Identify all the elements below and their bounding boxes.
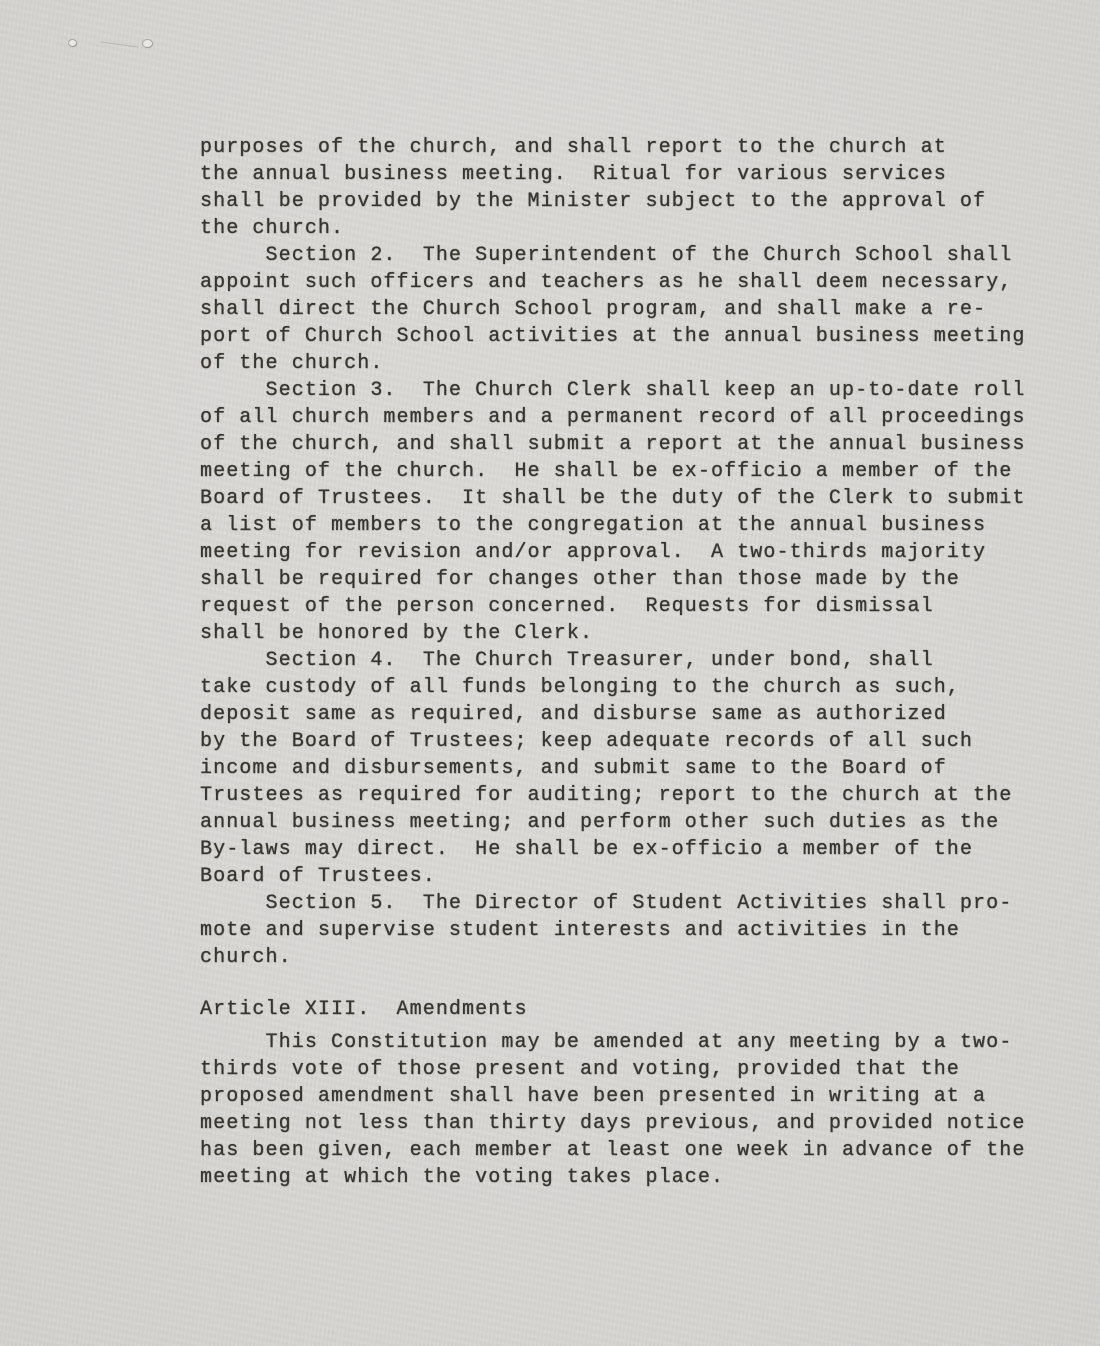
text-line: Section 5. The Director of Student Activ… (200, 890, 1048, 917)
text-line: Board of Trustees. It shall be the duty … (200, 485, 1048, 512)
text-line: the church. (200, 215, 1048, 242)
text-line: mote and supervise student interests and… (200, 917, 1048, 944)
section-5: Section 5. The Director of Student Activ… (200, 890, 1048, 971)
text-line: meeting not less than thirty days previo… (200, 1110, 1048, 1137)
scanned-page: { "page": { "kind": "scanned typewritten… (0, 0, 1100, 1346)
text-line: shall be honored by the Clerk. (200, 620, 1048, 647)
text-line: shall direct the Church School program, … (200, 296, 1048, 323)
text-line: Trustees as required for auditing; repor… (200, 782, 1048, 809)
text-line: Board of Trustees. (200, 863, 1048, 890)
text-line: meeting at which the voting takes place. (200, 1164, 1048, 1191)
text-line: Article XIII. Amendments (200, 996, 1048, 1023)
section-3: Section 3. The Church Clerk shall keep a… (200, 377, 1048, 647)
section-4: Section 4. The Church Treasurer, under b… (200, 647, 1048, 890)
text-line: of the church, and shall submit a report… (200, 431, 1048, 458)
text-line: proposed amendment shall have been prese… (200, 1083, 1048, 1110)
paper-speck (143, 40, 152, 47)
paper-speck (69, 40, 76, 46)
text-line: This Constitution may be amended at any … (200, 1029, 1048, 1056)
text-line: Section 3. The Church Clerk shall keep a… (200, 377, 1048, 404)
article-xiii-body: This Constitution may be amended at any … (200, 1029, 1048, 1191)
article-xii-section-1-continued: purposes of the church, and shall report… (200, 134, 1048, 242)
text-line: annual business meeting; and perform oth… (200, 809, 1048, 836)
text-line: purposes of the church, and shall report… (200, 134, 1048, 161)
article-xiii-heading: Article XIII. Amendments (200, 996, 1048, 1023)
text-line: Section 4. The Church Treasurer, under b… (200, 647, 1048, 674)
text-line: of the church. (200, 350, 1048, 377)
text-line: meeting for revision and/or approval. A … (200, 539, 1048, 566)
text-line: port of Church School activities at the … (200, 323, 1048, 350)
text-line: church. (200, 944, 1048, 971)
text-line: appoint such officers and teachers as he… (200, 269, 1048, 296)
text-line: By-laws may direct. He shall be ex-offic… (200, 836, 1048, 863)
text-line: of all church members and a permanent re… (200, 404, 1048, 431)
text-line: by the Board of Trustees; keep adequate … (200, 728, 1048, 755)
text-line: shall be provided by the Minister subjec… (200, 188, 1048, 215)
text-line: a list of members to the congregation at… (200, 512, 1048, 539)
text-line: the annual business meeting. Ritual for … (200, 161, 1048, 188)
text-line: request of the person concerned. Request… (200, 593, 1048, 620)
text-line: thirds vote of those present and voting,… (200, 1056, 1048, 1083)
text-line: deposit same as required, and disburse s… (200, 701, 1048, 728)
text-line: meeting of the church. He shall be ex-of… (200, 458, 1048, 485)
section-2: Section 2. The Superintendent of the Chu… (200, 242, 1048, 377)
text-line: shall be required for changes other than… (200, 566, 1048, 593)
text-line: has been given, each member at least one… (200, 1137, 1048, 1164)
text-line: Section 2. The Superintendent of the Chu… (200, 242, 1048, 269)
document-body: purposes of the church, and shall report… (200, 134, 1048, 1191)
text-line: take custody of all funds belonging to t… (200, 674, 1048, 701)
text-line: income and disbursements, and submit sam… (200, 755, 1048, 782)
